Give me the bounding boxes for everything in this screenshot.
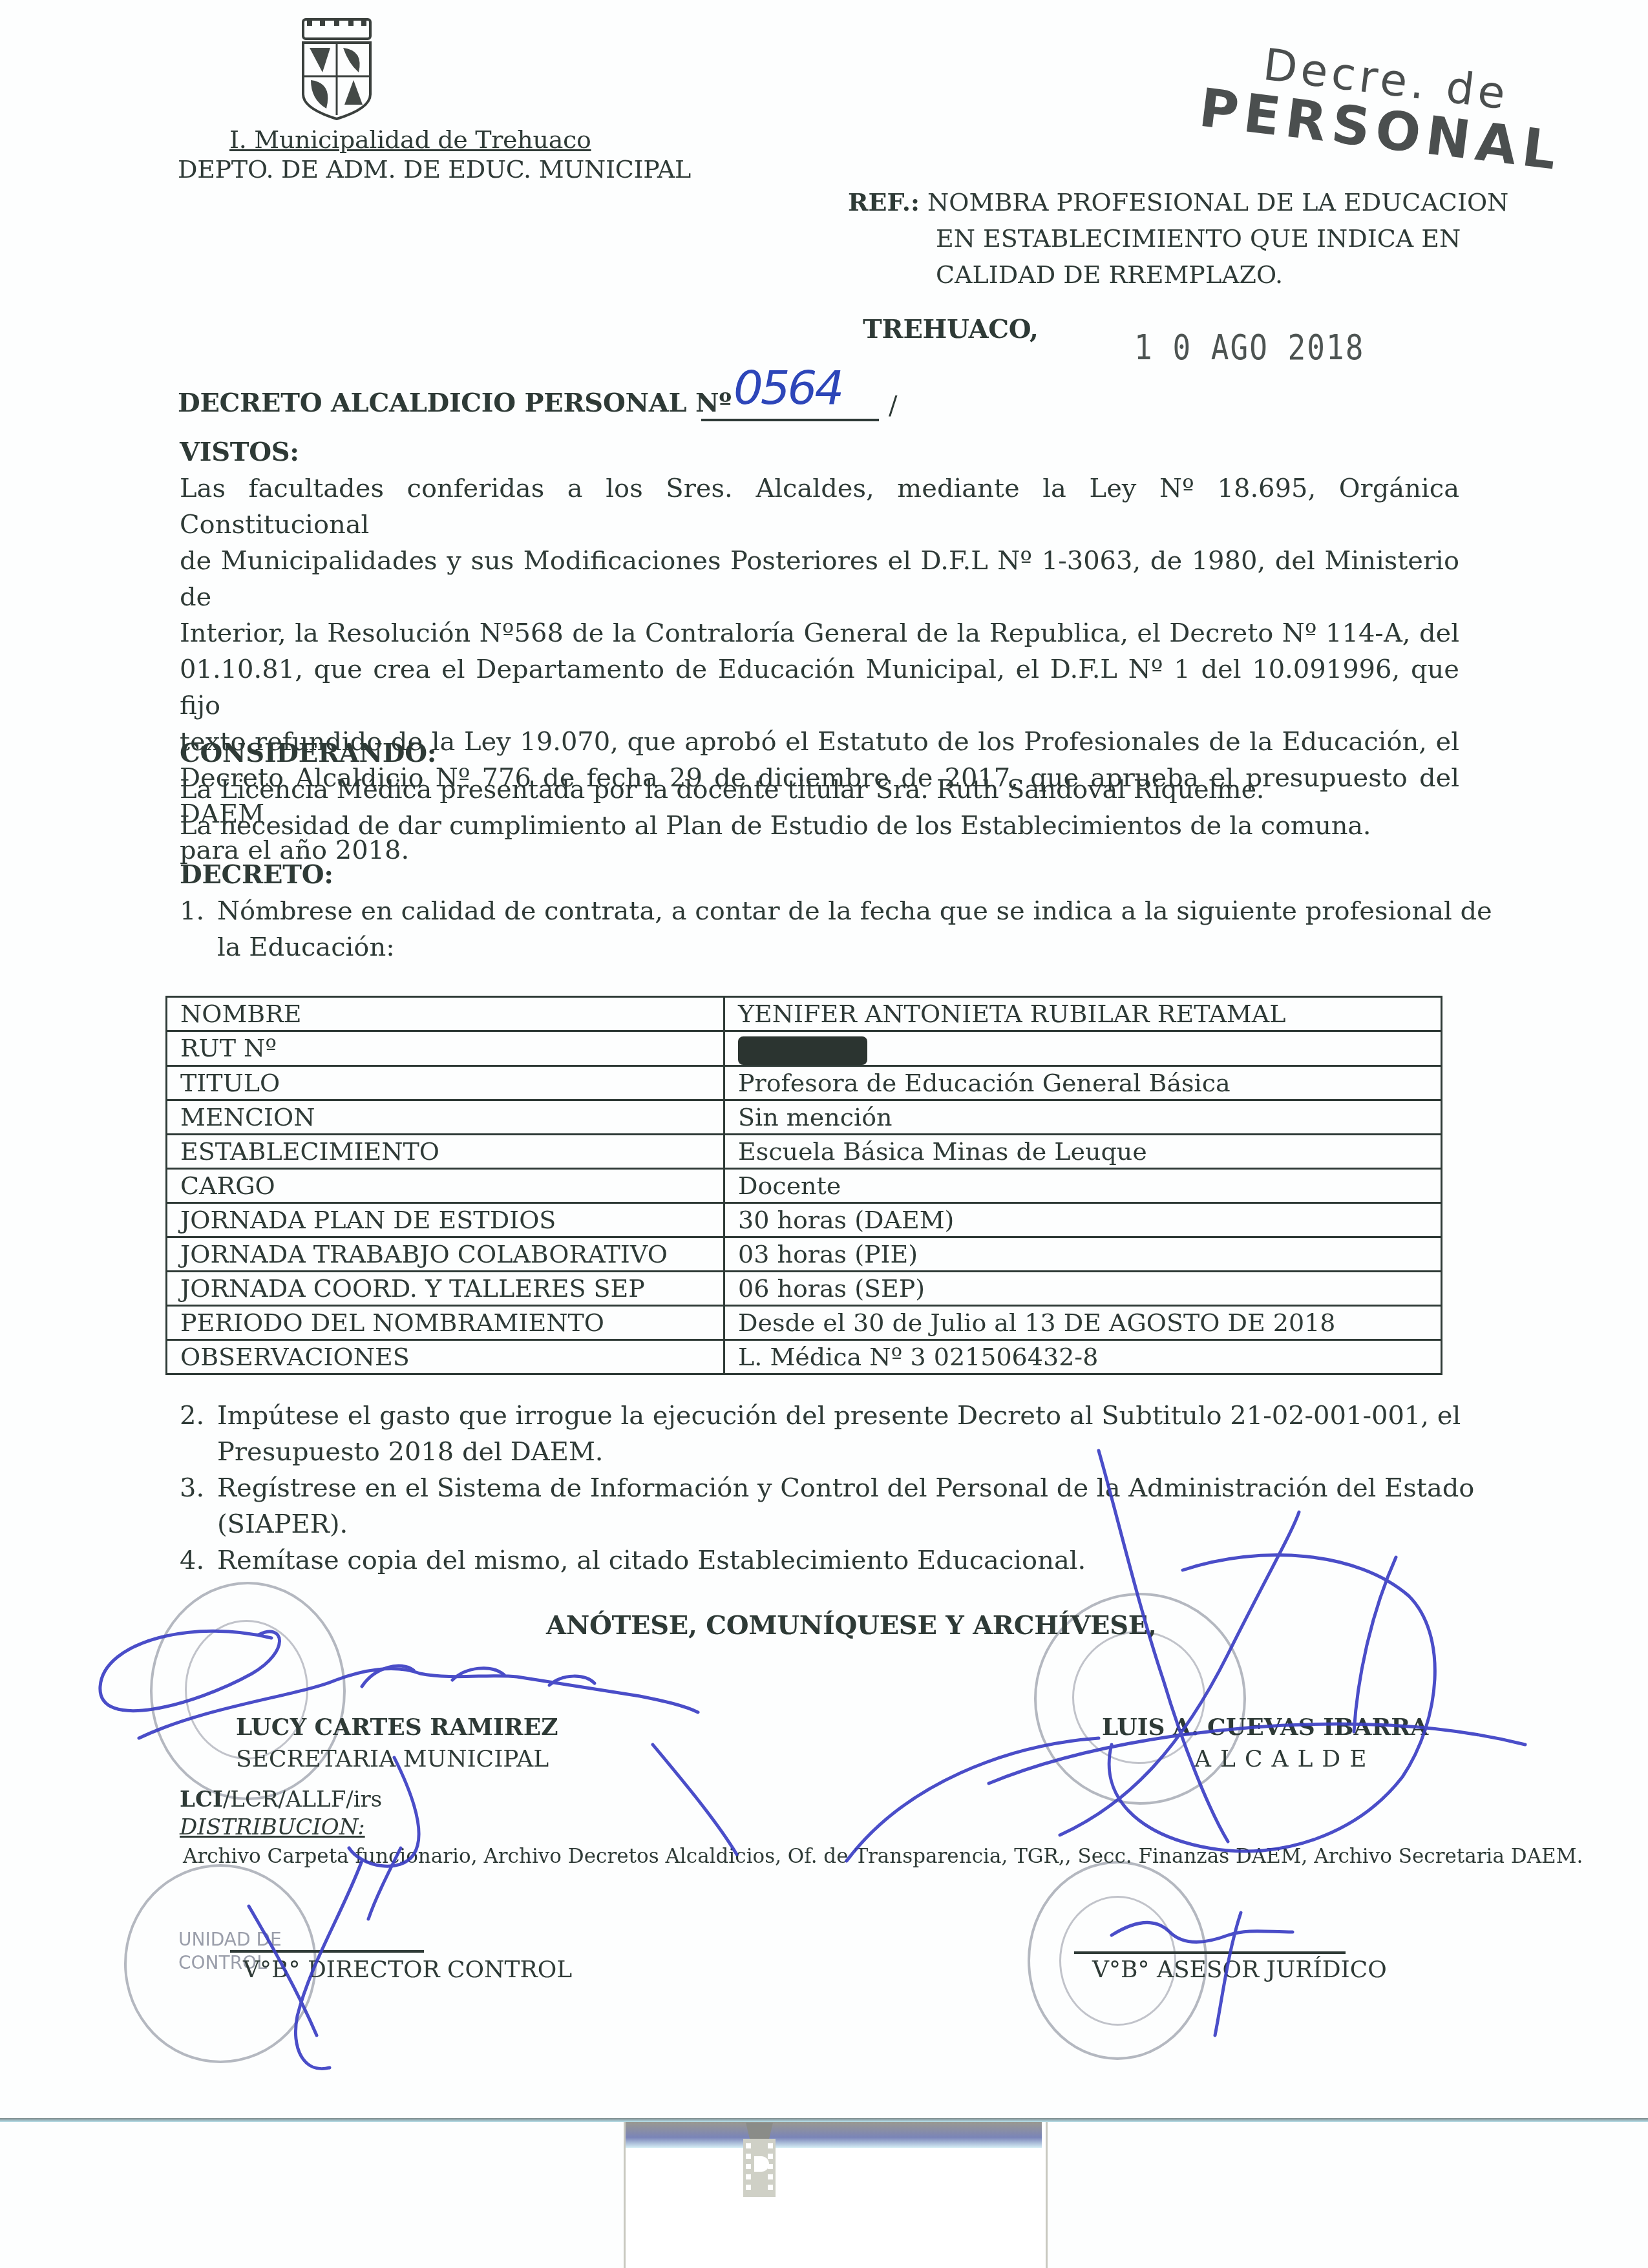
considerando-line: La necesidad de dar cumplimiento al Plan… xyxy=(180,808,1371,844)
initials: LCI/LCR/ALLF/irs xyxy=(180,1787,382,1812)
scanner-tray-shadow xyxy=(626,2122,1042,2148)
control-signature-line xyxy=(230,1950,424,1953)
row-value: YENIFER ANTONIETA RUBILAR RETAMAL xyxy=(724,997,1442,1031)
reference-line: CALIDAD DE RREMPLAZO. xyxy=(848,257,1508,293)
row-key: JORNADA PLAN DE ESTDIOS xyxy=(167,1202,724,1237)
item-text: Remítase copia del mismo, al citado Esta… xyxy=(217,1546,1086,1575)
row-value: Sin mención xyxy=(724,1100,1442,1134)
item-text: (SIAPER). xyxy=(180,1506,1474,1542)
control-approval-label: V°B° DIRECTOR CONTROL xyxy=(243,1957,572,1983)
row-key: ESTABLECIMIENTO xyxy=(167,1134,724,1168)
vistos-line: Interior, la Resolución Nº568 de la Cont… xyxy=(180,615,1459,651)
row-key: OBSERVACIONES xyxy=(167,1339,724,1374)
considerando-heading: CONSIDERANDO: xyxy=(180,735,436,772)
row-key: JORNADA TRABABJO COLABORATIVO xyxy=(167,1237,724,1271)
row-key: MENCION xyxy=(167,1100,724,1134)
vistos-line: de Municipalidades y sus Modificaciones … xyxy=(180,543,1459,615)
row-value: Escuela Básica Minas de Leuque xyxy=(724,1134,1442,1168)
decreto-item-2: 2.Impútese el gasto que irrogue la ejecu… xyxy=(180,1398,1461,1470)
item-text: Presupuesto 2018 del DAEM. xyxy=(180,1434,1461,1470)
place-label: TREHUACO, xyxy=(863,311,1039,348)
row-value: Desde el 30 de Julio al 13 DE AGOSTO DE … xyxy=(724,1305,1442,1339)
reference-block: REF.: NOMBRA PROFESIONAL DE LA EDUCACION… xyxy=(848,184,1508,293)
row-key: JORNADA COORD. Y TALLERES SEP xyxy=(167,1271,724,1305)
table-row: JORNADA TRABABJO COLABORATIVO03 horas (P… xyxy=(167,1237,1442,1271)
legal-approval-label: V°B° ASESOR JURÍDICO xyxy=(1092,1957,1387,1983)
row-key: TITULO xyxy=(167,1066,724,1100)
distribution-list: Archivo Carpeta funcionario, Archivo Dec… xyxy=(183,1845,1583,1868)
item-text: Nómbrese en calidad de contrata, a conta… xyxy=(217,896,1492,926)
table-row: ESTABLECIMIENTOEscuela Básica Minas de L… xyxy=(167,1134,1442,1168)
item-text: Regístrese en el Sistema de Información … xyxy=(217,1473,1474,1503)
item-text: Impútese el gasto que irrogue la ejecuci… xyxy=(217,1401,1461,1431)
mayor-role: ALCALDE xyxy=(1194,1746,1376,1772)
secretary-role: SECRETARIA MUNICIPAL xyxy=(236,1746,549,1772)
reference-line: NOMBRA PROFESIONAL DE LA EDUCACION xyxy=(927,188,1508,216)
decree-slash: / xyxy=(889,388,897,424)
decreto-item-1: 1.Nómbrese en calidad de contrata, a con… xyxy=(180,893,1492,965)
row-value: 30 horas (DAEM) xyxy=(724,1202,1442,1237)
initials-bold: LCI xyxy=(180,1787,223,1812)
table-row: NOMBREYENIFER ANTONIETA RUBILAR RETAMAL xyxy=(167,997,1442,1031)
closing-formula: ANÓTESE, COMUNÍQUESE Y ARCHÍVESE, xyxy=(546,1608,1157,1644)
table-row: MENCIONSin mención xyxy=(167,1100,1442,1134)
distribution-heading: DISTRIBUCION: xyxy=(180,1814,365,1840)
redaction-mark xyxy=(738,1036,867,1065)
reference-line: EN ESTABLECIMIENTO QUE INDICA EN xyxy=(848,220,1508,257)
mayor-name: LUIS A. CUEVAS IBARRA xyxy=(1102,1714,1428,1741)
decree-number-handwritten: 0564 xyxy=(734,361,841,415)
table-row: RUT Nº xyxy=(167,1031,1442,1066)
department-name: DEPTO. DE ADM. DE EDUC. MUNICIPAL xyxy=(178,151,691,187)
table-row: OBSERVACIONESL. Médica Nº 3 021506432-8 xyxy=(167,1339,1442,1374)
legal-signature-line xyxy=(1074,1951,1346,1954)
item-number: 4. xyxy=(180,1542,217,1579)
row-value: L. Médica Nº 3 021506432-8 xyxy=(724,1339,1442,1374)
decree-title: DECRETO ALCALDICIO PERSONAL Nº xyxy=(178,385,732,421)
decreto-item-4: 4.Remítase copia del mismo, al citado Es… xyxy=(180,1542,1086,1579)
decree-number-underline xyxy=(701,419,879,421)
table-row: JORNADA PLAN DE ESTDIOS30 horas (DAEM) xyxy=(167,1202,1442,1237)
secretary-name: LUCY CARTES RAMIREZ xyxy=(236,1714,558,1741)
municipal-crest-icon xyxy=(294,18,379,120)
reference-label: REF.: xyxy=(848,187,920,216)
considerando-line: La Licencia Médica presentada por la doc… xyxy=(180,772,1371,808)
vistos-line: Las facultades conferidas a los Sres. Al… xyxy=(180,470,1459,543)
item-number: 1. xyxy=(180,893,217,929)
item-number: 2. xyxy=(180,1398,217,1434)
table-row: CARGODocente xyxy=(167,1168,1442,1202)
decree-personal-stamp: Decre. de PERSONAL xyxy=(1196,36,1570,180)
film-strip-icon xyxy=(737,2123,782,2197)
row-value: 03 horas (PIE) xyxy=(724,1237,1442,1271)
decreto-item-3: 3.Regístrese en el Sistema de Informació… xyxy=(180,1470,1474,1542)
row-key: CARGO xyxy=(167,1168,724,1202)
considerando-body: La Licencia Médica presentada por la doc… xyxy=(180,772,1371,844)
row-value: 06 horas (SEP) xyxy=(724,1271,1442,1305)
item-text: la Educación: xyxy=(180,929,1492,965)
table-row: TITULOProfesora de Educación General Bás… xyxy=(167,1066,1442,1100)
decreto-heading: DECRETO: xyxy=(180,857,333,893)
row-value: Profesora de Educación General Básica xyxy=(724,1066,1442,1100)
date-stamp: 1 0 AGO 2018 xyxy=(1134,327,1364,368)
table-row: PERIODO DEL NOMBRAMIENTODesde el 30 de J… xyxy=(167,1305,1442,1339)
row-key: NOMBRE xyxy=(167,997,724,1031)
vistos-line: 01.10.81, que crea el Departamento de Ed… xyxy=(180,651,1459,724)
row-value: Docente xyxy=(724,1168,1442,1202)
vistos-heading: VISTOS: xyxy=(180,434,299,470)
row-value-redacted xyxy=(724,1031,1442,1066)
initials-rest: /LCR/ALLF/irs xyxy=(223,1787,382,1812)
table-row: JORNADA COORD. Y TALLERES SEP06 horas (S… xyxy=(167,1271,1442,1305)
item-number: 3. xyxy=(180,1470,217,1506)
row-key: RUT Nº xyxy=(167,1031,724,1066)
row-key: PERIODO DEL NOMBRAMIENTO xyxy=(167,1305,724,1339)
appointment-table: NOMBREYENIFER ANTONIETA RUBILAR RETAMAL … xyxy=(165,996,1442,1375)
